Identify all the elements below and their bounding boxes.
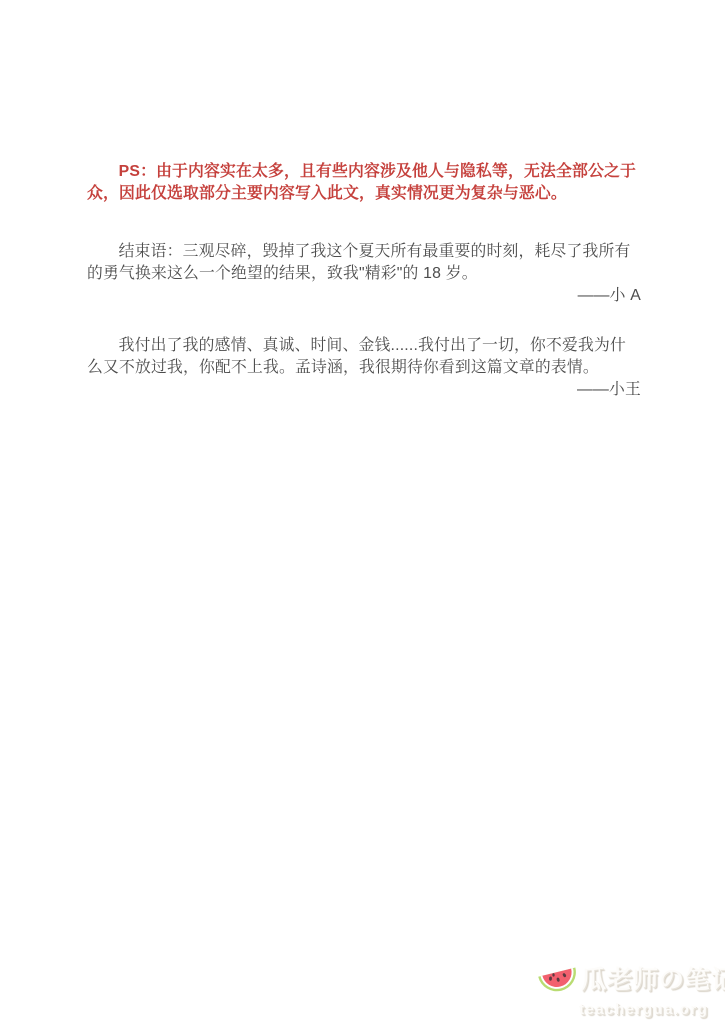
article-body: PS：由于内容实在太多，且有些内容涉及他人与隐私等，无法全部公之于众，因此仅选取… (87, 0, 641, 401)
watermark-row: 瓜老师の笔记 (535, 952, 707, 1003)
watermelon-icon (535, 952, 579, 1003)
watermark: 瓜老师の笔记 teachergua.org (535, 952, 707, 1018)
closing-paragraph: 结束语：三观尽碎，毁掉了我这个夏天所有最重要的时刻，耗尽了我所有的勇气换来这么一… (87, 241, 641, 285)
watermark-site-url: teachergua.org (579, 1001, 707, 1018)
final-signature: ——小王 (87, 379, 641, 401)
ps-disclaimer-paragraph: PS：由于内容实在太多，且有些内容涉及他人与隐私等，无法全部公之于众，因此仅选取… (87, 0, 641, 205)
watermark-site-name: 瓜老师の笔记 (581, 960, 725, 996)
final-paragraph: 我付出了我的感情、真诚、时间、金钱......我付出了一切，你不爱我为什么又不放… (87, 335, 641, 379)
closing-signature: ——小 A (87, 285, 641, 307)
